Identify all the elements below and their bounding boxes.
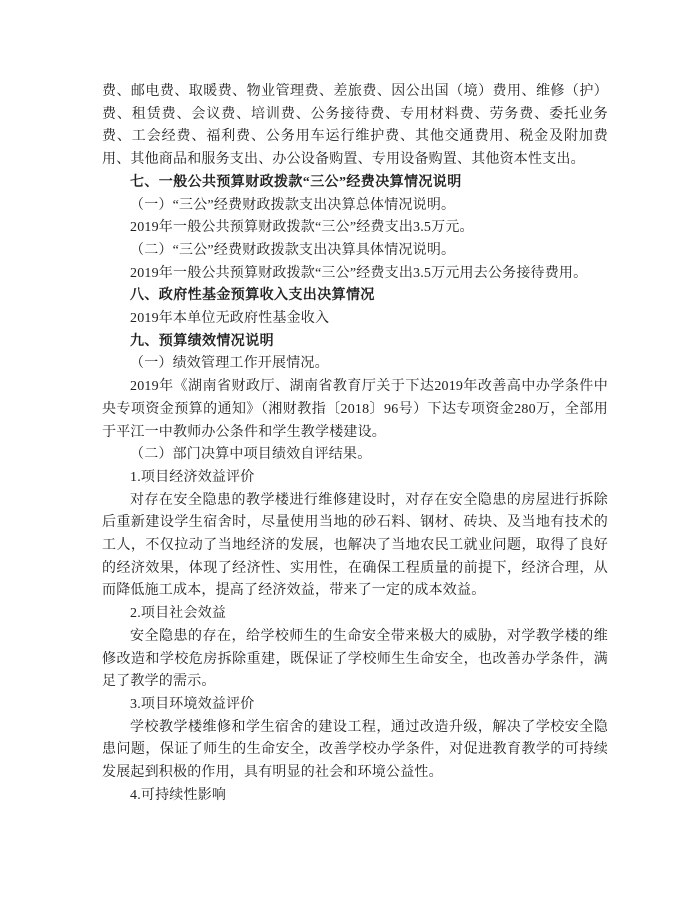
section-heading: 七、一般公共预算财政拨款“三公”经费决算情况说明: [102, 172, 608, 195]
paragraph: （二）部门决算中项目绩效自评结果。: [102, 444, 608, 467]
paragraph: （一）绩效管理工作开展情况。: [102, 353, 608, 376]
section-heading: 九、预算绩效情况说明: [102, 331, 608, 354]
paragraph: 3.项目环境效益评价: [102, 694, 608, 717]
paragraph: （一）“三公”经费财政拨款支出决算总体情况说明。: [102, 195, 608, 218]
document-page: 费、邮电费、取暖费、物业管理费、差旅费、因公出国（境）费用、维修（护）费、租赁费…: [0, 0, 693, 897]
paragraph: 2019年一般公共预算财政拨款“三公”经费支出3.5万元。: [102, 217, 608, 240]
paragraph: 对存在安全隐患的教学楼进行维修建设时，对存在安全隐患的房屋进行拆除后重新建设学生…: [102, 490, 608, 604]
paragraph: 4.可持续性影响: [102, 785, 608, 808]
document-body: 费、邮电费、取暖费、物业管理费、差旅费、因公出国（境）费用、维修（护）费、租赁费…: [102, 81, 608, 808]
paragraph: 费、邮电费、取暖费、物业管理费、差旅费、因公出国（境）费用、维修（护）费、租赁费…: [102, 81, 608, 172]
paragraph: 学校教学楼维修和学生宿舍的建设工程，通过改造升级，解决了学校安全隐患问题，保证了…: [102, 717, 608, 785]
paragraph: 2.项目社会效益: [102, 603, 608, 626]
paragraph: （二）“三公”经费财政拨款支出决算具体情况说明。: [102, 240, 608, 263]
paragraph: 2019年一般公共预算财政拨款“三公”经费支出3.5万元用去公务接待费用。: [102, 263, 608, 286]
paragraph: 2019年《湖南省财政厅、湖南省教育厅关于下达2019年改善高中办学条件中央专项…: [102, 376, 608, 444]
section-heading: 八、政府性基金预算收入支出决算情况: [102, 285, 608, 308]
paragraph: 1.项目经济效益评价: [102, 467, 608, 490]
paragraph: 安全隐患的存在，给学校师生的生命安全带来极大的威胁，对学教学楼的维修改造和学校危…: [102, 626, 608, 694]
paragraph: 2019年本单位无政府性基金收入: [102, 308, 608, 331]
